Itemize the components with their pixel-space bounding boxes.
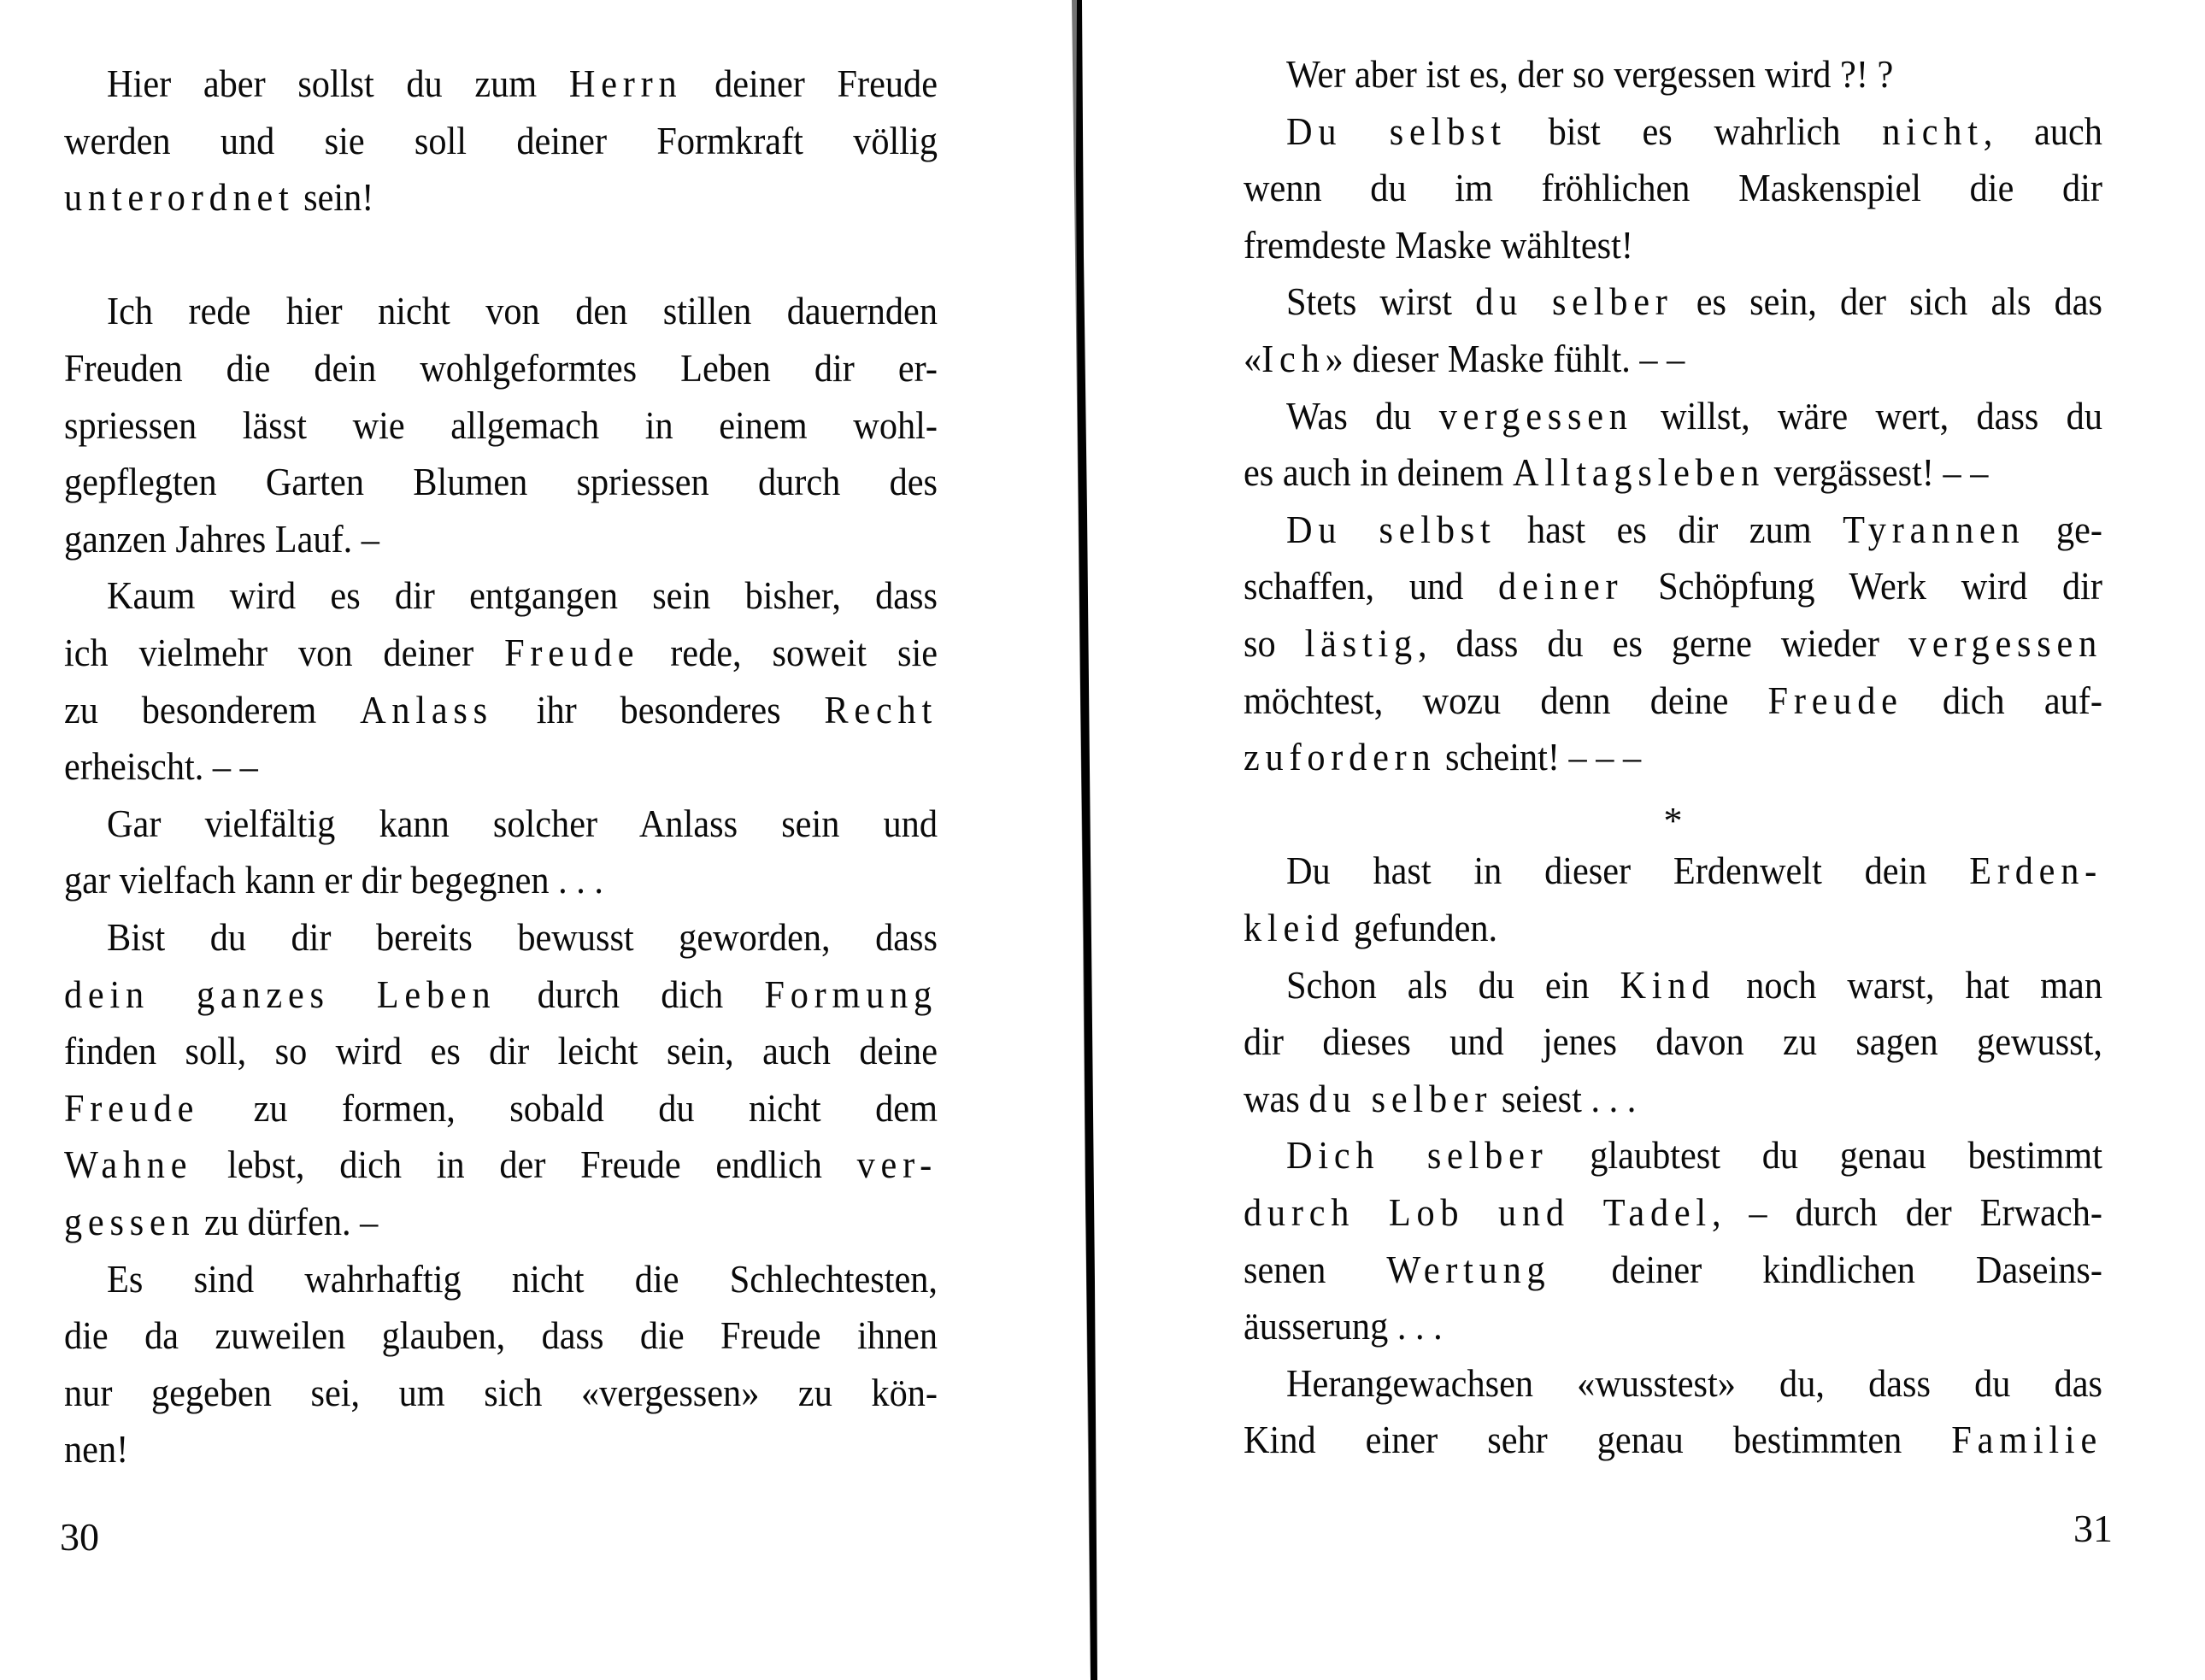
text-run: werden und sie soll deiner Formkraft völ… — [64, 119, 938, 162]
emphasized-spaced-text: dein ganzes Leben — [64, 972, 496, 1016]
emphasized-spaced-text: Dich selber — [1286, 1133, 1549, 1177]
text-run: erheischt. – – — [64, 744, 258, 788]
emphasized-spaced-text: Herrn — [569, 62, 683, 105]
text-run: willst, wäre wert, dass du — [1633, 394, 2102, 438]
text-run: zu dürfen. – — [195, 1200, 378, 1243]
emphasized-spaced-text: Recht — [824, 688, 938, 731]
emphasized-spaced-text: gessen — [64, 1200, 195, 1243]
text-line: Schon als du ein Kind noch warst, hat ma… — [1286, 960, 2102, 1011]
text-line: Freude zu formen, sobald du nicht dem — [64, 1083, 938, 1134]
text-line: was du selber seiest . . . — [1244, 1073, 2102, 1125]
text-line: finden soll, so wird es dir leicht sein,… — [64, 1025, 938, 1077]
text-line: Kaum wird es dir entgangen sein bisher, … — [107, 570, 938, 621]
emphasized-spaced-text: Freude — [64, 1086, 199, 1130]
text-line: fremdeste Maske wähltest! — [1244, 220, 2102, 271]
emphasized-spaced-text: deiner — [1498, 564, 1623, 608]
text-line: Was du vergessen willst, wäre wert, dass… — [1286, 391, 2102, 442]
text-run: Kaum wird es dir entgangen sein bisher, … — [107, 573, 938, 617]
text-line: gar vielfach kann er dir begegnen . . . — [64, 855, 938, 906]
text-run: äusserung . . . — [1244, 1304, 1443, 1348]
text-run: durch dich — [496, 972, 764, 1016]
emphasized-spaced-text: Du selbst — [1286, 109, 1507, 153]
text-run: noch warst, hat man — [1715, 963, 2102, 1007]
text-run: Hier aber sollst du zum — [107, 62, 569, 105]
emphasized-spaced-text: Freude — [1768, 678, 1903, 722]
text-line: ganzen Jahres Lauf. – — [64, 514, 938, 565]
text-run: senen — [1244, 1248, 1386, 1291]
text-run: Herangewachsen «wusstest» du, dass du da… — [1286, 1361, 2102, 1405]
text-run: Kind einer sehr genau bestimmten — [1244, 1418, 1951, 1461]
text-line: äusserung . . . — [1244, 1301, 2102, 1352]
emphasized-spaced-text: Du selbst — [1286, 508, 1496, 551]
text-line: kleid gefunden. — [1244, 902, 2102, 954]
text-run: Bist du dir bereits bewusst geworden, da… — [107, 915, 938, 959]
text-line: Ich rede hier nicht von den stillen daue… — [107, 285, 938, 337]
text-run: gefunden. — [1344, 906, 1497, 949]
text-run: nur gegeben sei, um sich «vergessen» zu … — [64, 1371, 938, 1414]
text-line: Bist du dir bereits bewusst geworden, da… — [107, 912, 938, 963]
text-line: Kind einer sehr genau bestimmten Familie — [1244, 1414, 2102, 1466]
text-line: Hier aber sollst du zum Herrn deiner Fre… — [107, 58, 938, 109]
text-line: ich vielmehr von deiner Freude rede, sow… — [64, 627, 938, 678]
text-line: zu besonderem Anlass ihr besonderes Rech… — [64, 684, 938, 736]
text-run: Gar vielfältig kann solcher Anlass sein … — [107, 802, 938, 845]
text-run: bist es wahrlich — [1507, 109, 1882, 153]
text-line: die da zuweilen glauben, dass die Freude… — [64, 1310, 938, 1361]
text-run: die da zuweilen glauben, dass die Freude… — [64, 1313, 938, 1357]
text-run: rede, soweit sie — [639, 631, 938, 674]
text-run: es sein, der sich als das — [1673, 279, 2102, 323]
emphasized-spaced-text: ver- — [857, 1143, 938, 1186]
text-run: Du hast in dieser Erdenwelt dein — [1286, 849, 1969, 892]
page-number-left: 30 — [60, 1512, 99, 1563]
text-run: , dass du es gerne wieder — [1418, 621, 1908, 665]
emphasized-spaced-text: unterordnet — [64, 175, 295, 219]
text-run: , – durch der Erwach- — [1712, 1190, 2102, 1234]
text-run: ganzen Jahres Lauf. – — [64, 517, 379, 561]
text-run: dir dieses und jenes davon zu sagen gewu… — [1244, 1019, 2102, 1063]
text-line: so lästig, dass du es gerne wieder verge… — [1244, 618, 2102, 669]
emphasized-spaced-text: nicht — [1882, 109, 1983, 153]
text-run: Es sind wahrhaftig nicht die Schlechtest… — [107, 1257, 938, 1301]
text-run: Stets wirst — [1286, 279, 1475, 323]
text-run: Was du — [1286, 394, 1439, 438]
page-number-right: 31 — [2073, 1503, 2113, 1554]
text-run: » dieser Maske fühlt. – – — [1326, 337, 1685, 380]
text-run: Schöpfung Werk wird dir — [1623, 564, 2102, 608]
text-line: senen Wertung deiner kindlichen Daseins- — [1244, 1244, 2102, 1295]
text-run: spriessen lässt wie allgemach in einem w… — [64, 403, 938, 447]
text-run: Ich rede hier nicht von den stillen daue… — [107, 289, 938, 332]
text-line: Dich selber glaubtest du genau bestimmt — [1286, 1130, 2102, 1181]
text-run: zu besonderem — [64, 688, 360, 731]
text-run: Wer aber ist es, der so vergessen wird ?… — [1286, 52, 1893, 96]
text-line: unterordnet sein! — [64, 172, 938, 223]
emphasized-spaced-text: du selber — [1475, 279, 1673, 323]
left-page: Hier aber sollst du zum Herrn deiner Fre… — [0, 0, 1079, 1680]
text-run: glaubtest du genau bestimmt — [1549, 1133, 2102, 1177]
emphasized-spaced-text: vergessen — [1908, 621, 2102, 665]
text-line: nur gegeben sei, um sich «vergessen» zu … — [64, 1367, 938, 1419]
emphasized-spaced-text: Tyrannen — [1843, 508, 2025, 551]
text-line: Gar vielfältig kann solcher Anlass sein … — [107, 798, 938, 849]
text-run: fremdeste Maske wähltest! — [1244, 223, 1633, 267]
text-line: Wahne lebst, dich in der Freude endlich … — [64, 1139, 938, 1190]
text-run: nen! — [64, 1427, 128, 1471]
text-run: , auch — [1984, 109, 2102, 153]
text-line: erheischt. – – — [64, 741, 938, 792]
text-run: schaffen, und — [1244, 564, 1498, 608]
section-separator-asterisk: * — [1244, 796, 2102, 847]
text-run: dich auf- — [1903, 678, 2102, 722]
text-line: zufordern scheint! – – – — [1244, 731, 2102, 783]
text-line: dein ganzes Leben durch dich Formung — [64, 969, 938, 1020]
emphasized-spaced-text: Kind — [1620, 963, 1716, 1007]
text-run: gepflegten Garten Blumen spriessen durch… — [64, 460, 938, 503]
emphasized-spaced-text: Freude — [504, 631, 639, 674]
text-run: sein! — [295, 175, 374, 219]
text-run: zu formen, sobald du nicht dem — [199, 1086, 938, 1130]
emphasized-spaced-text: kleid — [1244, 906, 1344, 949]
text-line: dir dieses und jenes davon zu sagen gewu… — [1244, 1016, 2102, 1067]
text-line: gessen zu dürfen. – — [64, 1196, 938, 1248]
text-run: so — [1244, 621, 1305, 665]
text-run: deiner Freude — [682, 62, 938, 105]
text-run: Freuden die dein wohlgeformtes Leben dir… — [64, 346, 938, 390]
emphasized-spaced-text: Wertung — [1386, 1248, 1550, 1291]
text-run: wenn du im fröhlichen Maskenspiel die di… — [1244, 166, 2102, 209]
right-page: Wer aber ist es, der so vergessen wird ?… — [1102, 0, 2205, 1680]
text-line: Es sind wahrhaftig nicht die Schlechtest… — [107, 1254, 938, 1305]
text-run: ge- — [2025, 508, 2102, 551]
emphasized-spaced-text: Anlass — [360, 688, 493, 731]
emphasized-spaced-text: vergessen — [1439, 394, 1633, 438]
text-run: scheint! – – – — [1436, 735, 1641, 778]
emphasized-spaced-text: durch Lob und Tadel — [1244, 1190, 1712, 1234]
text-run: finden soll, so wird es dir leicht sein,… — [64, 1029, 938, 1072]
text-run: es auch in deinem — [1244, 450, 1513, 494]
emphasized-spaced-text: du selber — [1308, 1077, 1492, 1120]
emphasized-spaced-text: Familie — [1951, 1418, 2102, 1461]
emphasized-spaced-text: Formung — [764, 972, 938, 1016]
text-run: ich vielmehr von deiner — [64, 631, 504, 674]
text-line: «Ich» dieser Maske fühlt. – – — [1244, 333, 2102, 385]
text-line: Du selbst hast es dir zum Tyrannen ge- — [1286, 504, 2102, 555]
text-line: wenn du im fröhlichen Maskenspiel die di… — [1244, 162, 2102, 214]
text-line: es auch in deinem Alltagsleben vergässes… — [1244, 447, 2102, 498]
text-line: Du hast in dieser Erdenwelt dein Erden- — [1286, 845, 2102, 896]
emphasized-spaced-text: Erden- — [1969, 849, 2102, 892]
text-run: vergässest! – – — [1765, 450, 1988, 494]
text-line: Stets wirst du selber es sein, der sich … — [1286, 276, 2102, 327]
text-line: Herangewachsen «wusstest» du, dass du da… — [1286, 1358, 2102, 1409]
text-run: lebst, dich in der Freude endlich — [192, 1143, 856, 1186]
emphasized-spaced-text: zufordern — [1244, 735, 1436, 778]
text-run: was — [1244, 1077, 1308, 1120]
text-line: schaffen, und deiner Schöpfung Werk wird… — [1244, 561, 2102, 612]
text-run: « — [1244, 337, 1261, 380]
emphasized-spaced-text: Alltagsleben — [1513, 450, 1765, 494]
text-line: gepflegten Garten Blumen spriessen durch… — [64, 456, 938, 508]
text-run: gar vielfach kann er dir begegnen . . . — [64, 858, 603, 902]
emphasized-spaced-text: Ich — [1261, 337, 1325, 380]
text-line: durch Lob und Tadel, – durch der Erwach- — [1244, 1187, 2102, 1238]
emphasized-spaced-text: lästig — [1305, 621, 1418, 665]
text-run: deiner kindlichen Daseins- — [1550, 1248, 2102, 1291]
text-run: Schon als du ein — [1286, 963, 1620, 1007]
text-run: möchtest, wozu denn deine — [1244, 678, 1768, 722]
text-run: seiest . . . — [1492, 1077, 1636, 1120]
text-line: nen! — [64, 1424, 938, 1475]
text-line: Wer aber ist es, der so vergessen wird ?… — [1286, 49, 2102, 100]
text-line: Du selbst bist es wahrlich nicht, auch — [1286, 106, 2102, 157]
text-run: hast es dir zum — [1496, 508, 1843, 551]
text-line: werden und sie soll deiner Formkraft völ… — [64, 115, 938, 167]
text-line: spriessen lässt wie allgemach in einem w… — [64, 400, 938, 451]
text-line: Freuden die dein wohlgeformtes Leben dir… — [64, 343, 938, 394]
text-line: möchtest, wozu denn deine Freude dich au… — [1244, 675, 2102, 726]
emphasized-spaced-text: Wahne — [64, 1143, 192, 1186]
text-run: ihr besonderes — [493, 688, 825, 731]
